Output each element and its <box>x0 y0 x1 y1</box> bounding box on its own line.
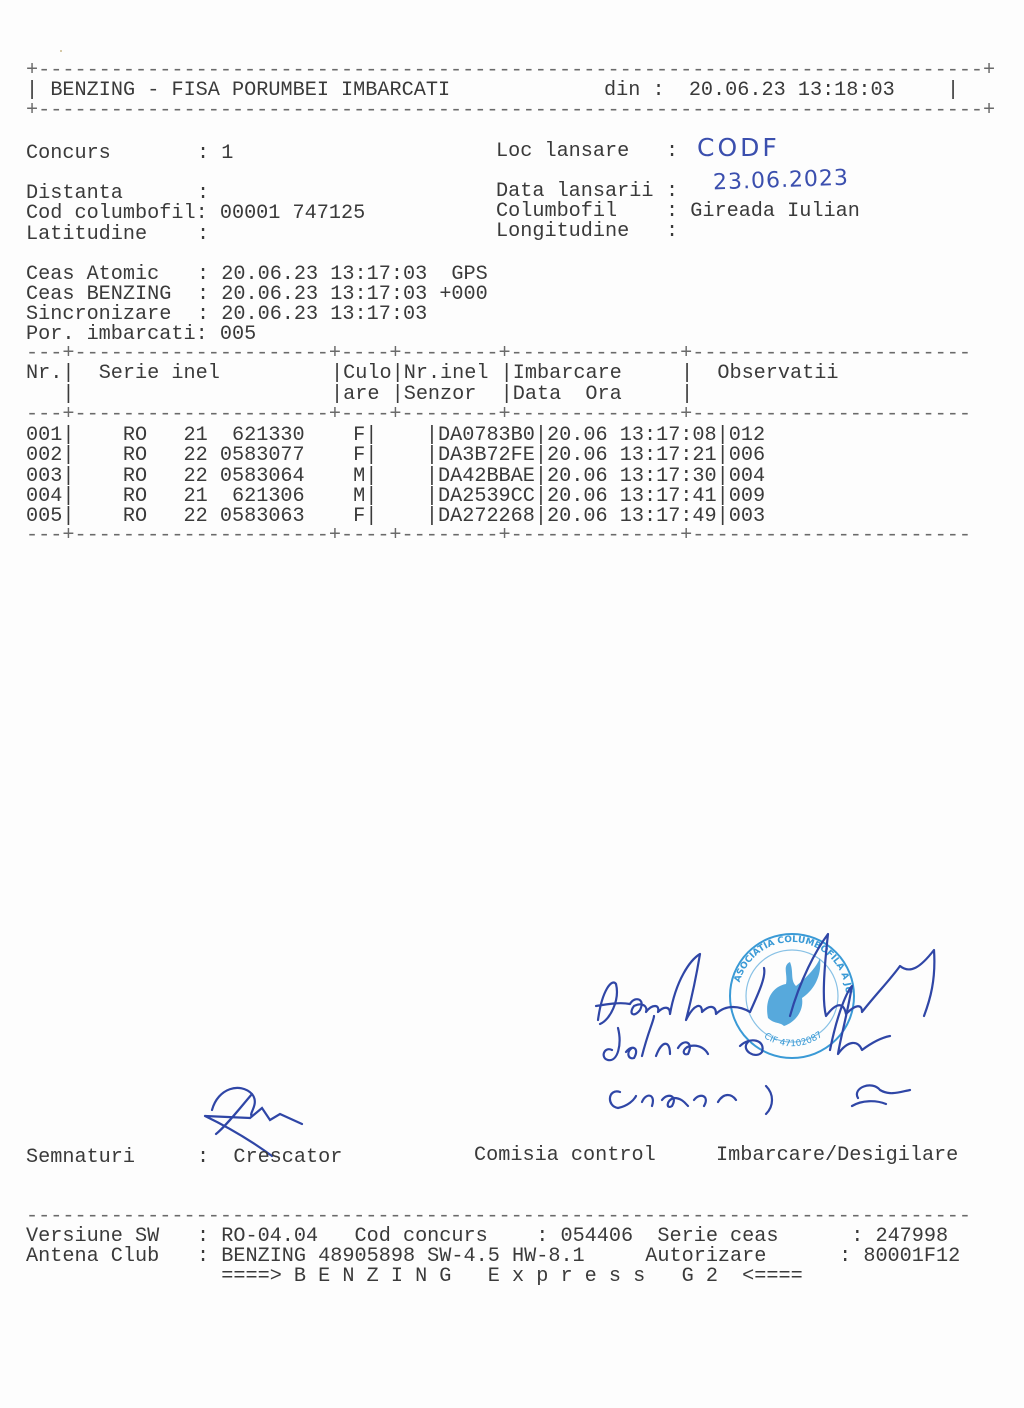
banner-text: ====> B E N Z I N G E x p r e s s G 2 <=… <box>221 1265 803 1288</box>
header-nr: Nr. <box>26 362 62 385</box>
header-nr-inel: Nr.inel <box>404 362 489 385</box>
table-row: 001| RO 21 621330 F| |DA0783B0|20.06 13:… <box>26 426 765 446</box>
header-imbarcare: Imbarcare <box>513 362 622 385</box>
autorizare-value: 80001F12 <box>863 1245 960 1268</box>
imbarcare-desigilare-label: Imbarcare/Desigilare <box>716 1146 958 1166</box>
cod-columbofil-row: Cod columbofil: 00001 747125 <box>26 204 365 224</box>
semnaturi-label: Semnaturi <box>26 1148 135 1168</box>
ceas-benzing-offset: +000 <box>439 283 487 306</box>
embarkation-sheet: +---------------------------------------… <box>0 0 1024 1408</box>
cod-columbofil-label: Cod columbofil <box>26 202 196 225</box>
longitudine-label: Longitudine <box>496 222 629 242</box>
header-observatii-cell: | Observatii <box>681 364 839 384</box>
latitudine-label: Latitudine <box>26 225 147 245</box>
concurs-label: Concurs <box>26 142 111 165</box>
loc-lansare-label: Loc lansare <box>496 142 629 162</box>
comisia-control-label: Comisia control <box>474 1146 656 1166</box>
longitudine-sep: : <box>666 222 690 242</box>
header-serie-inel: Serie inel <box>99 362 220 385</box>
commission-signatures <box>590 920 970 1120</box>
paper-speck <box>60 50 62 52</box>
cod-columbofil-value: 00001 747125 <box>220 202 365 225</box>
table-row: 004| RO 21 621306 M| |DA2539CC|20.06 13:… <box>26 487 765 507</box>
crescator-label: Crescator <box>233 1146 342 1169</box>
semnaturi-sep: : Crescator <box>197 1148 342 1168</box>
loc-lansare-sep: : <box>666 142 678 162</box>
table-row: 002| RO 22 0583077 F| |DA3B72FE|20.06 13… <box>26 446 765 466</box>
columbofil-value: Gireada Iulian <box>690 200 860 223</box>
table-border-bottom: ---+---------------------+----+--------+… <box>26 526 971 546</box>
table-header-separator: ---+---------------------+----+--------+… <box>26 405 971 425</box>
table-header-row-1: Nr.| Serie inel <box>26 364 220 384</box>
latitudine-sep: : <box>197 225 221 245</box>
data-lansarii-handwritten: 23.06.2023 <box>713 166 850 196</box>
table-row: 003| RO 22 0583064 M| |DA42BBAE|20.06 13… <box>26 467 765 487</box>
concurs-sep: : 1 <box>197 144 233 164</box>
antena-club-label: Antena Club <box>26 1247 159 1267</box>
loc-lansare-handwritten: CODF <box>697 133 780 162</box>
header-observatii: Observatii <box>717 362 838 385</box>
benzing-banner: ====> B E N Z I N G E x p r e s s G 2 <=… <box>197 1267 803 1287</box>
concurs-row: Concurs <box>26 144 111 164</box>
header-culoare-1-cell: |Culo|Nr.inel |Imbarcare <box>331 364 622 384</box>
header-culoare: Culo <box>343 362 391 385</box>
columbofil-sep: : Gireada Iulian <box>666 202 860 222</box>
header-border-bottom: +---------------------------------------… <box>26 101 995 121</box>
concurs-value: 1 <box>221 142 233 165</box>
